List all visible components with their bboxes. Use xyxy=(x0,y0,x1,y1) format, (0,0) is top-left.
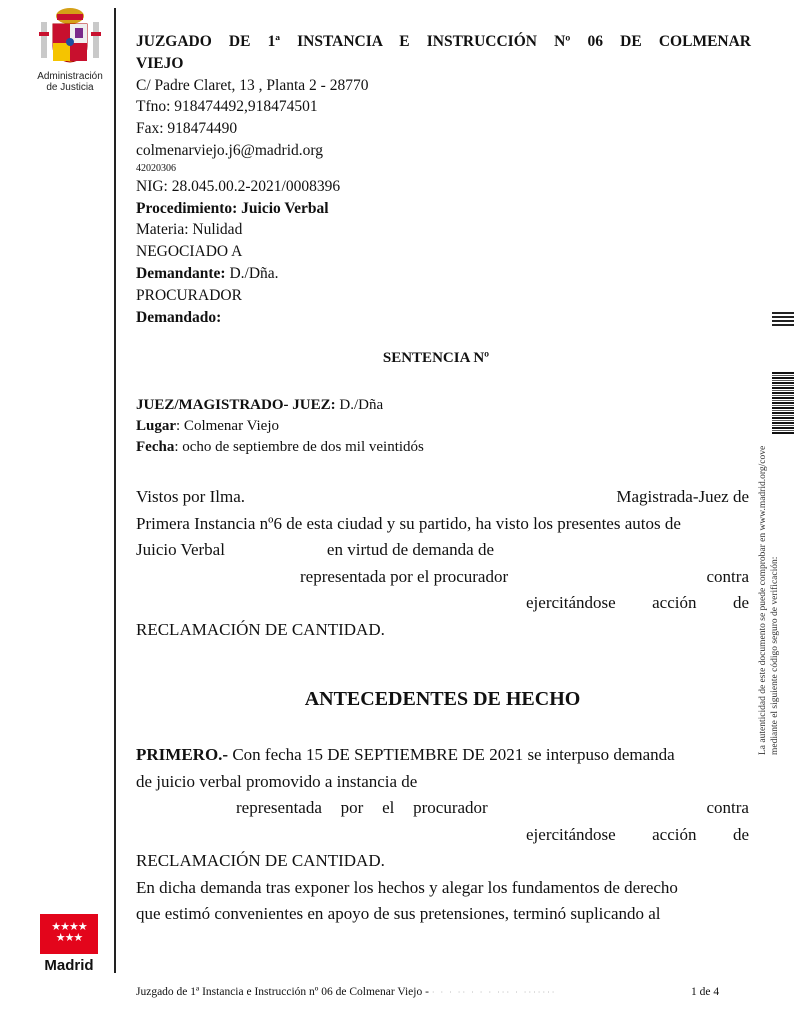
court-name-line2: VIEJO xyxy=(136,53,751,75)
comunidad-madrid-logo: ★★★★★★★ Madrid xyxy=(38,914,100,974)
verification-note: La autenticidad de este documento se pue… xyxy=(757,446,781,755)
sentencia-title: SENTENCIA Nº xyxy=(136,350,736,367)
demandante: Demandante: D./Dña. xyxy=(136,263,751,285)
juez: JUEZ/MAGISTRADO- JUEZ: D./Dña xyxy=(136,395,424,416)
demandado: Demandado: xyxy=(136,307,751,329)
fecha: Fecha: ocho de septiembre de dos mil vei… xyxy=(136,437,424,458)
margin-divider xyxy=(114,8,116,973)
lugar: Lugar: Colmenar Viejo xyxy=(136,416,424,437)
verification-barcode-icon xyxy=(772,372,794,434)
page-number: 1 de 4 xyxy=(691,986,719,998)
procurador: PROCURADOR xyxy=(136,285,751,307)
nig: NIG: 28.045.00.2-2021/0008396 xyxy=(136,176,751,198)
court-header: JUZGADO DE 1ª INSTANCIA E INSTRUCCIÓN Nº… xyxy=(136,31,751,328)
judge-info: JUEZ/MAGISTRADO- JUEZ: D./Dña Lugar: Col… xyxy=(136,395,424,458)
court-name-line1: JUZGADO DE 1ª INSTANCIA E INSTRUCCIÓN Nº… xyxy=(136,31,751,53)
materia: Materia: Nulidad xyxy=(136,219,751,241)
administracion-justicia-logo: Administración de Justicia xyxy=(30,4,110,94)
logo-caption-line1: Administración xyxy=(30,71,110,82)
footer-redacted: · · · ·· · · · ··· · ······· xyxy=(432,988,557,997)
court-email: colmenarviejo.j6@madrid.org xyxy=(136,140,751,162)
madrid-stars-icon: ★★★★★★★ xyxy=(40,914,98,954)
spain-coat-of-arms-icon xyxy=(35,4,105,66)
court-phone: Tfno: 918474492,918474501 xyxy=(136,96,751,118)
court-fax: Fax: 918474490 xyxy=(136,118,751,140)
logo-caption-line2: de Justicia xyxy=(30,82,110,93)
barcode-icon xyxy=(772,312,794,326)
negociado: NEGOCIADO A xyxy=(136,241,751,263)
madrid-logo-label: Madrid xyxy=(38,957,100,974)
court-code: 42020306 xyxy=(136,162,751,176)
court-address: C/ Padre Claret, 13 , Planta 2 - 28770 xyxy=(136,75,751,97)
primero-paragraph: PRIMERO.- Con fecha 15 DE SEPTIEMBRE DE … xyxy=(136,742,749,928)
page-footer: Juzgado de 1ª Instancia e Instrucción nº… xyxy=(136,986,736,998)
procedimiento: Procedimiento: Juicio Verbal xyxy=(136,198,751,220)
antecedentes-title: ANTECEDENTES DE HECHO xyxy=(136,688,749,711)
vistos-paragraph: Vistos por Ilma.Magistrada-Juez de Prime… xyxy=(136,484,749,643)
footer-court: Juzgado de 1ª Instancia e Instrucción nº… xyxy=(136,986,429,998)
